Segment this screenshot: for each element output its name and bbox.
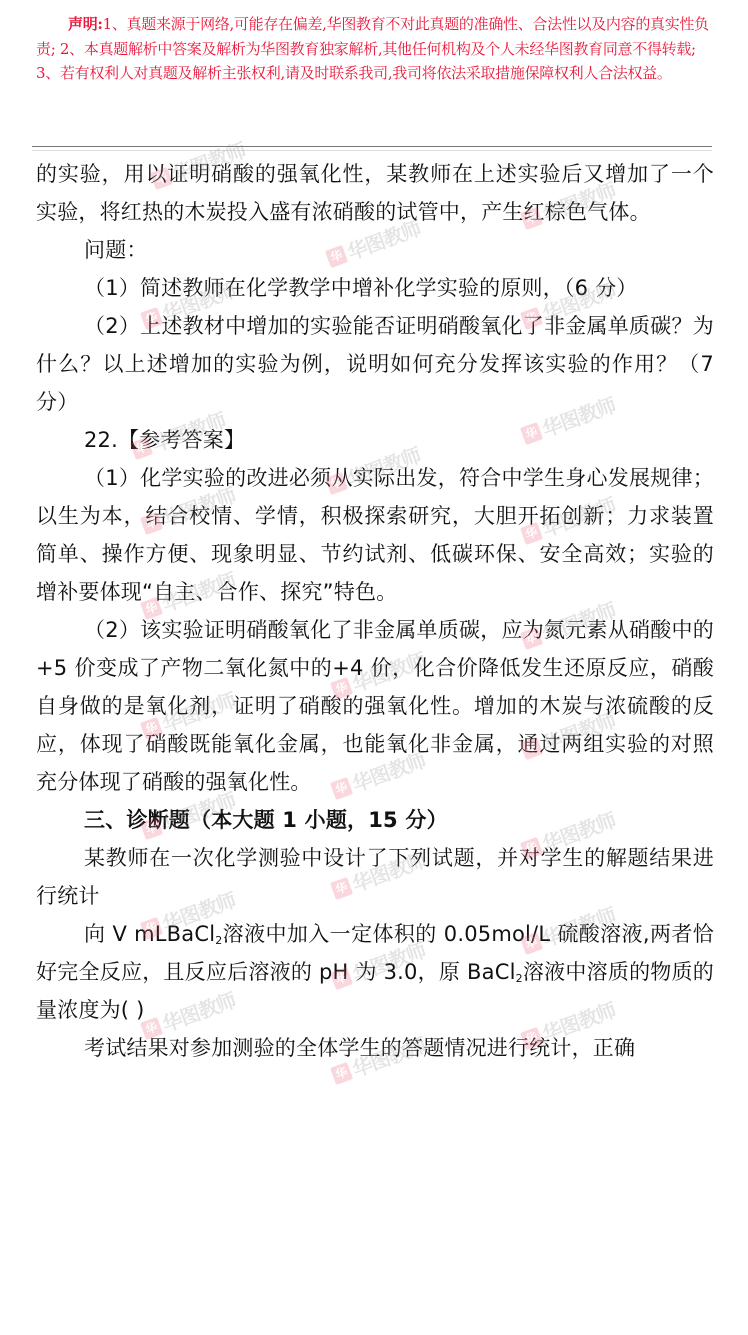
disclaimer-notice: 声明:1、真题来源于网络,可能存在偏差,华图教育不对此真题的准确性、合法性以及内…	[36, 12, 716, 86]
paragraph-answer-heading: 22.【参考答案】	[36, 421, 714, 459]
paragraph-statistics: 考试结果对参加测验的全体学生的答题情况进行统计，正确	[36, 1029, 714, 1067]
section-heading-diagnosis: 三、诊断题（本大题 1 小题，15 分）	[36, 801, 714, 839]
disclaimer-label: 声明:	[68, 15, 103, 33]
document-body: 的实验，用以证明硝酸的强氧化性，某教师在上述实验后又增加了一个实验，将红热的木炭…	[36, 155, 714, 1067]
paragraph-question-1: （1）简述教师在化学教学中增补化学实验的原则，（6 分）	[36, 269, 714, 307]
paragraph-questions-label: 问题：	[36, 231, 714, 269]
disclaimer-text: 1、真题来源于网络,可能存在偏差,华图教育不对此真题的准确性、合法性以及内容的真…	[36, 15, 709, 82]
paragraph-diagnosis-intro: 某教师在一次化学测验中设计了下列试题，并对学生的解题结果进行统计	[36, 839, 714, 915]
paragraph-answer-2: （2）该实验证明硝酸氧化了非金属单质碳，应为氮元素从硝酸中的+5 价变成了产物二…	[36, 611, 714, 801]
question-text-1: 向 V mLBaCl	[84, 922, 215, 946]
paragraph-question-2: （2）上述教材中增加的实验能否证明硝酸氧化了非金属单质碳？为什么？以上述增加的实…	[36, 307, 714, 421]
subscript-2: 2	[516, 972, 523, 985]
header-divider-light	[32, 150, 712, 151]
paragraph-experiment-intro: 的实验，用以证明硝酸的强氧化性，某教师在上述实验后又增加了一个实验，将红热的木炭…	[36, 155, 714, 231]
paragraph-answer-1: （1）化学实验的改进必须从实际出发，符合中学生身心发展规律；以生为本，结合校情、…	[36, 459, 714, 611]
header-divider	[32, 146, 712, 147]
paragraph-test-question: 向 V mLBaCl2溶液中加入一定体积的 0.05mol/L 硫酸溶液,两者恰…	[36, 915, 714, 1029]
